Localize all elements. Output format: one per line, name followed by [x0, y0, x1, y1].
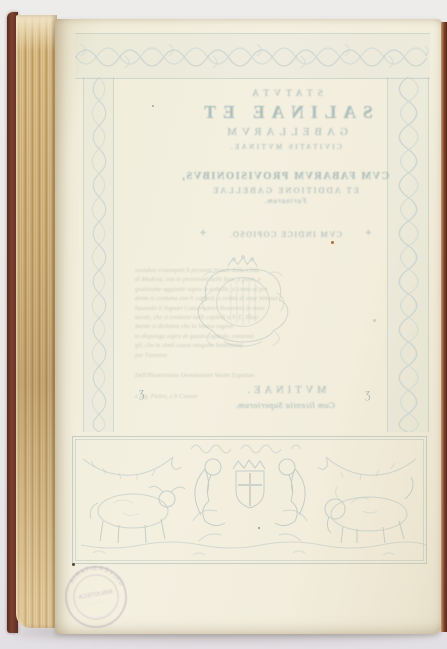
library-stamp-mirrored: UNIVERSITARIA BIBLIOTECA · · · · · · · ·…: [55, 554, 139, 634]
photo-of-open-book: STATVTA SALINAE ET GABELLARVM CIVITATIS …: [0, 0, 447, 649]
frieze-scene: [73, 437, 426, 563]
offset-line: per l'avenire: [135, 351, 427, 360]
title-line-additione: ET ADDITIONE GABELLAE: [145, 185, 425, 195]
foxing-speck: [152, 105, 154, 107]
border-band-left: [83, 77, 114, 432]
offset-line: e Sig. Pietro, e li Conser: [135, 392, 443, 401]
stamp-dots: · · · ·: [90, 600, 104, 608]
woodcut-frieze: [72, 436, 427, 564]
offset-text-block-upper: ssendosi ristampati li presenti Statuti …: [135, 266, 427, 360]
foxing-speck: [258, 527, 260, 529]
title-line-provisionibvs: CVM FABARVM PROVISIONIBVS,: [145, 171, 425, 182]
foxing-speck: [72, 563, 75, 566]
vine-ornament-left: [84, 77, 113, 432]
foxing-speck: [331, 241, 334, 244]
cross-ornament-right: ✛: [199, 229, 206, 237]
offset-line: to disponga sopra di questo capitolo, co…: [135, 332, 427, 341]
title-line-farinarum: Farinarum.: [145, 197, 425, 205]
vine-ornament-top: [75, 34, 430, 78]
offset-line: ssendosi ristampati li presenti Statuti …: [135, 266, 427, 275]
offset-line: di Modena, con le provisioni delle fave,…: [135, 275, 427, 284]
title-line-civitatis: CIVITATIS MVTINAE.: [145, 143, 425, 151]
stamp-center-text: BIBLIOTECA: [78, 589, 113, 601]
offset-line: dente si costuma con li capitoli, e ordi…: [135, 294, 427, 303]
offset-line: turale, che si contiene nelli capitoli a…: [135, 313, 427, 322]
offset-line: Dell'Illustrissime Dominationi Vostre Es…: [135, 371, 443, 380]
border-band-top: [75, 33, 430, 79]
showthrough-title-block: STATVTA SALINAE ET GABELLARVM CIVITATIS …: [145, 89, 425, 410]
title-line-indice: ✛CVM INDICE COPIOSO.✛: [145, 229, 425, 239]
title-line-statvta: STATVTA: [145, 89, 425, 99]
offset-line: hauendo li Signori Conservatori thesorie…: [135, 304, 427, 313]
offset-line: mente si dichiara che la Vostra ragion: [135, 322, 427, 331]
offset-line: gratissime aggiunte sopra le gabelle, si…: [135, 285, 427, 294]
title-line-salinae-et: SALINAE ET: [145, 102, 425, 123]
book-page-verso: STATVTA SALINAE ET GABELLARVM CIVITATIS …: [55, 19, 443, 634]
book-cover-right-edge: [441, 22, 447, 632]
foxing-speck: [373, 319, 376, 322]
page-edge-stack: [16, 15, 57, 628]
offset-text-block-lower: Dell'Illustrissime Dominationi Vostre Es…: [135, 371, 443, 402]
indice-text: CVM INDICE COPIOSO.: [228, 230, 342, 239]
cross-ornament-left: ✛: [364, 229, 371, 237]
offset-line: gli, che in simil causa vengono lamentan…: [135, 341, 427, 350]
title-line-gabellarvm: GABELLARVM: [145, 126, 425, 138]
